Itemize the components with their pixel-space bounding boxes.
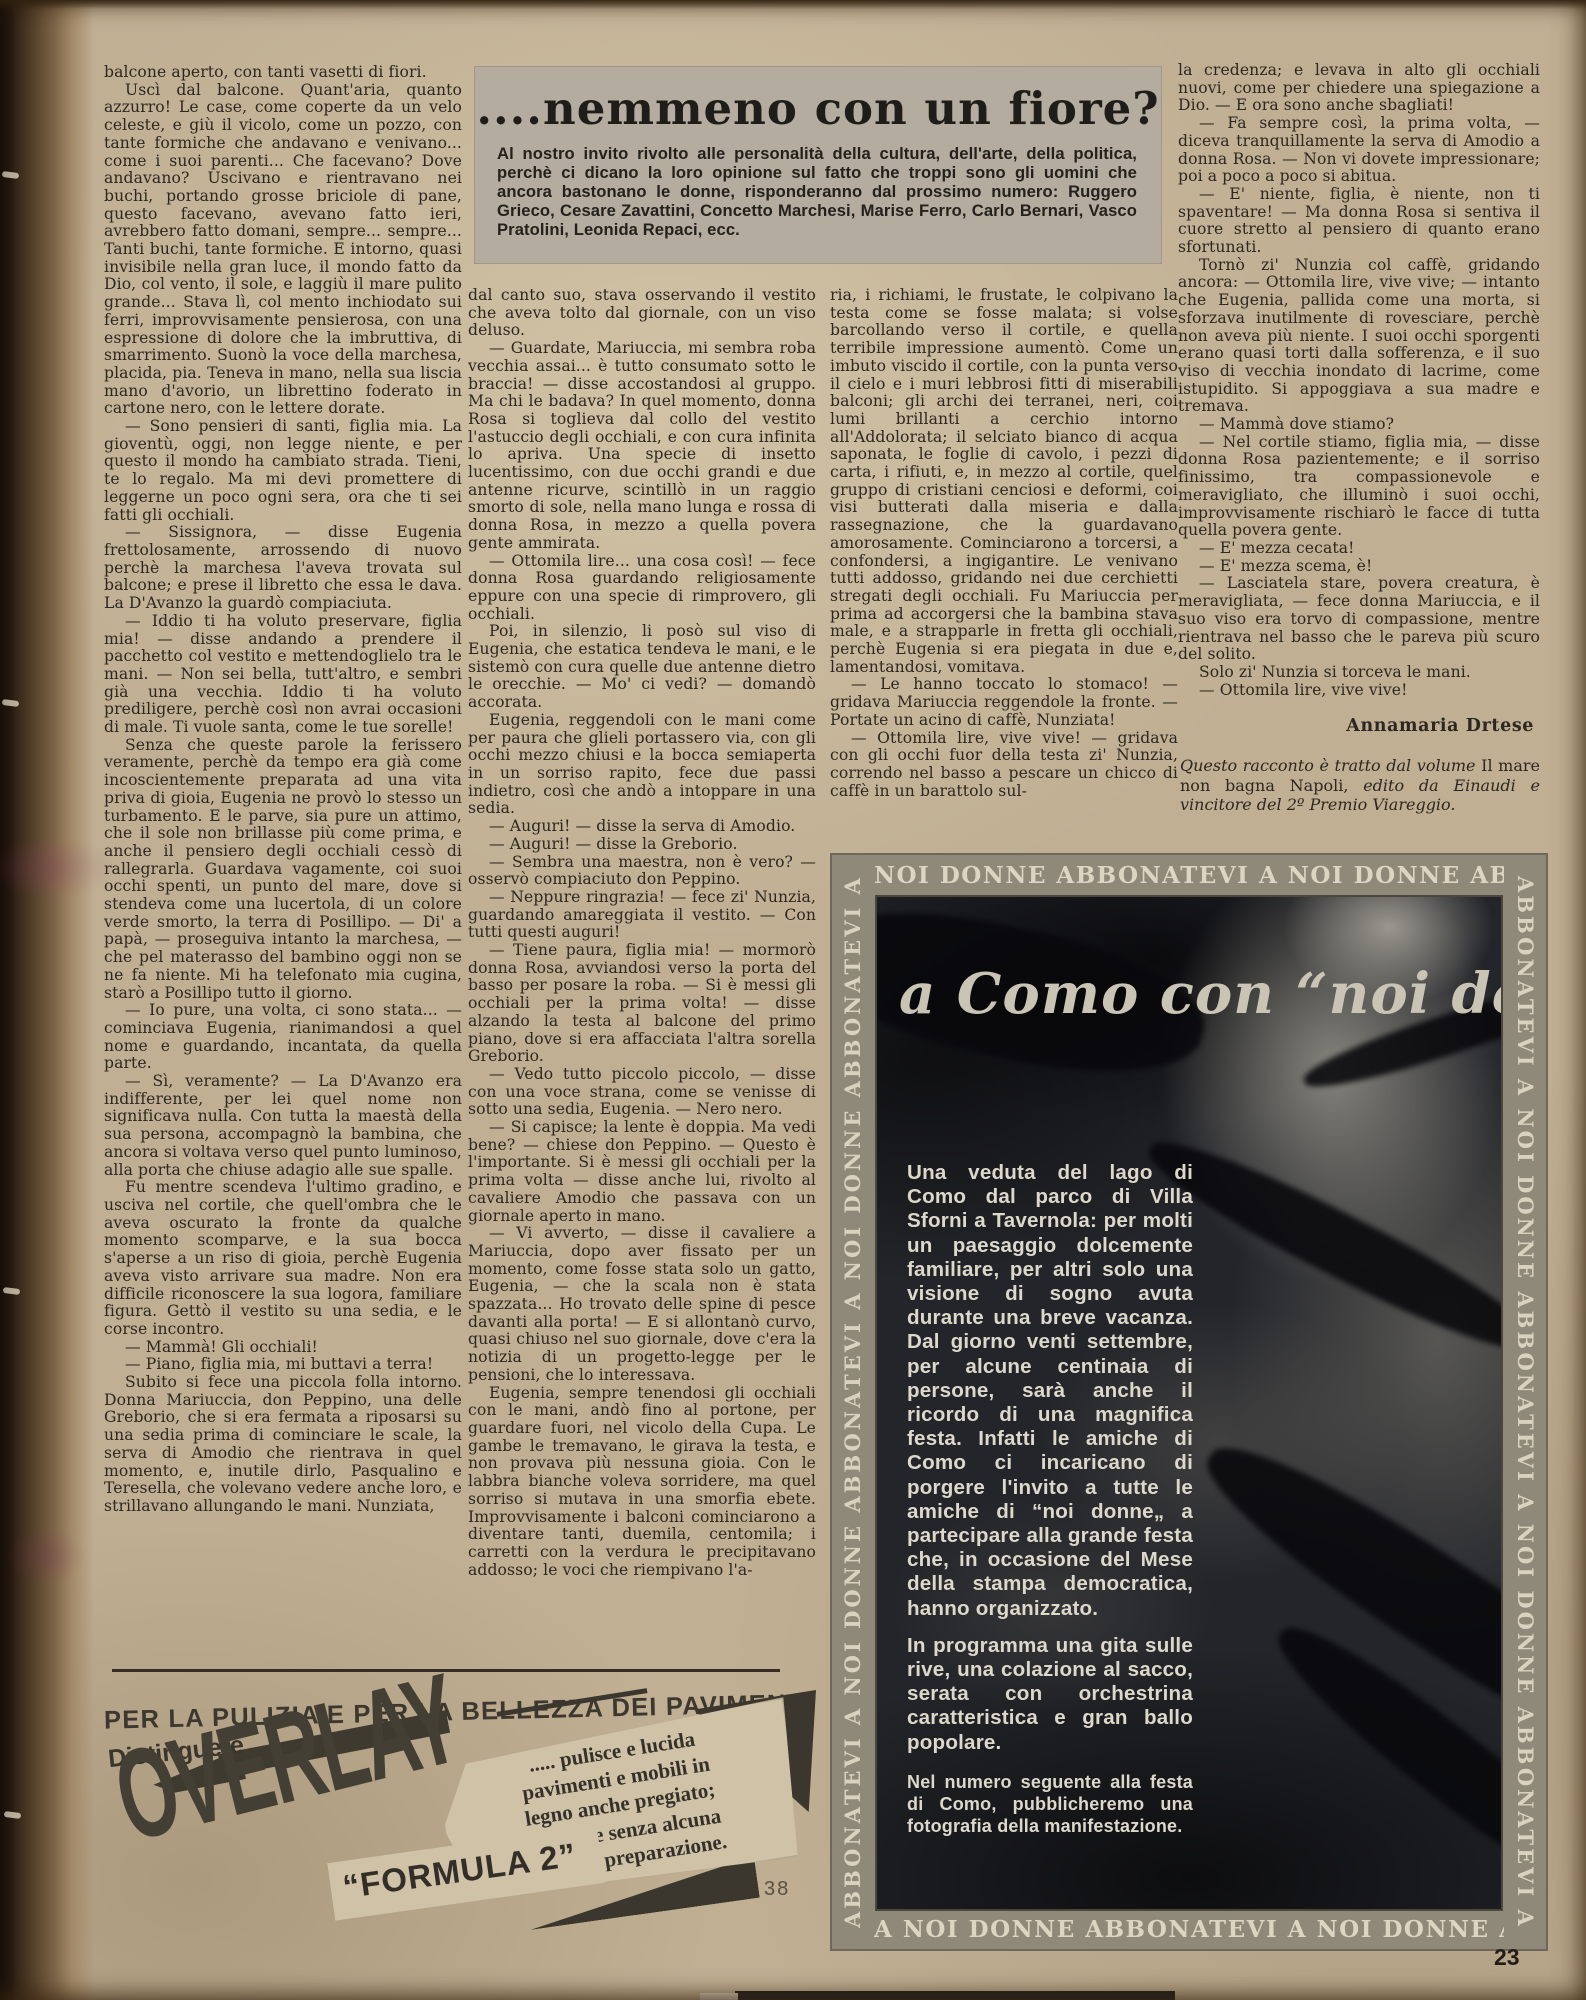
como-ad-footnote: Nel numero seguente alla festa di Como, …: [907, 1771, 1193, 1837]
binding-stitch: [3, 1287, 21, 1295]
story-column-2: dal canto suo, stava osservando il vesti…: [468, 287, 816, 1663]
lake-como-photo: a Como con “noi donne Una veduta del lag…: [875, 895, 1503, 1911]
story-paragraph: Poi, in silenzio, li posò sul viso di Eu…: [468, 623, 816, 712]
overlay-brand-logo: OVERLAY: [104, 1655, 469, 1862]
como-ad-paragraph: In programma una gita sulle rive, una co…: [907, 1634, 1193, 1755]
story-paragraph: Eugenia, sempre tenendosi gli occhiali c…: [468, 1385, 816, 1580]
book-note: Questo racconto è tratto dal volume Il m…: [1180, 756, 1540, 815]
story-paragraph: — E' mezza scema, è!: [1178, 558, 1540, 576]
binding-stitch: [4, 1811, 22, 1819]
story-paragraph: — Lasciatela stare, povera creatura, è m…: [1178, 575, 1540, 664]
ink-stain: [6, 1528, 86, 1584]
column-divider-rule: [112, 1669, 780, 1672]
story-paragraph: — Vedo tutto piccolo piccolo, — disse co…: [468, 1066, 816, 1119]
story-paragraph: Solo zi' Nunzia si torceva le mani.: [1178, 664, 1540, 682]
page-top-edge-shadow: [0, 0, 1586, 9]
story-paragraph: — Fa sempre così, la prima volta, — dice…: [1178, 115, 1540, 186]
abbonatevi-strip-right-text: ABBONATEVI A NOI DONNE ABBONATEVI A NOI …: [1504, 855, 1546, 1949]
story-paragraph: Eugenia, reggendoli con le mani come per…: [468, 712, 816, 818]
story-paragraph: — Sì, veramente? — La D'Avanzo era indif…: [104, 1073, 462, 1179]
story-column-4: la credenza; e levava in alto gli occhia…: [1178, 62, 1540, 714]
author-byline: Annamaria Drtese: [1178, 716, 1534, 736]
story-paragraph: Tornò zi' Nunzia col caffè, gridando anc…: [1178, 257, 1540, 416]
announcement-intro: Al nostro invito rivolto alle personalit…: [474, 135, 1162, 239]
story-paragraph: — Si capisce; la lente è doppia. Ma vedi…: [468, 1119, 816, 1225]
story-paragraph: — Tiene paura, figlia mia! — mormorò don…: [468, 942, 816, 1066]
next-page-peek: [700, 1993, 738, 2000]
story-paragraph: Senza che queste parole la ferissero ver…: [104, 737, 462, 1003]
abbonatevi-banner-top: NOI DONNE ABBONATEVI A NOI DONNE ABBONAT…: [874, 855, 1504, 895]
abbonatevi-banner-bottom: A NOI DONNE ABBONATEVI A NOI DONNE ABBON…: [874, 1911, 1504, 1949]
ad-corner-number: 38: [764, 1878, 790, 1901]
story-paragraph: — E' niente, figlia, è niente, non ti sp…: [1178, 186, 1540, 257]
story-paragraph: — Mammà! Gli occhiali!: [104, 1339, 462, 1357]
ink-stain: [0, 836, 116, 900]
book-binding-edge: [0, 0, 94, 2000]
abbonatevi-strip-right: ABBONATEVI A NOI DONNE ABBONATEVI A NOI …: [1504, 855, 1546, 1949]
story-paragraph: — Nel cortile stiamo, figlia mia, — diss…: [1178, 434, 1540, 540]
story-paragraph: — Neppure ringrazia! — fece zi' Nunzia, …: [468, 889, 816, 942]
story-paragraph: — Auguri! — disse la Greborio.: [468, 836, 816, 854]
announcement-box: ....nemmeno con un fiore? Al nostro invi…: [474, 66, 1162, 264]
story-paragraph: — E' mezza cecata!: [1178, 540, 1540, 558]
story-paragraph: — Le hanno toccato lo stomaco! — gridava…: [830, 676, 1178, 729]
story-paragraph: Subito si fece una piccola folla intorno…: [104, 1374, 462, 1516]
book-note-pre: Questo racconto è tratto dal volume: [1180, 756, 1481, 775]
binding-stitch: [2, 699, 20, 707]
story-paragraph: — Ottomila lire... una cosa così! — fece…: [468, 553, 816, 624]
page-number: 23: [1494, 1944, 1520, 1971]
story-paragraph: — Io pure, una volta, ci sono stata... —…: [104, 1002, 462, 1073]
story-paragraph: — Ottomila lire, vive vive! — gridava co…: [830, 730, 1178, 801]
story-paragraph: — Sembra una maestra, non è vero? — osse…: [468, 854, 816, 889]
abbonatevi-strip-left-text: ABBONATEVI A NOI DONNE ABBONATEVI A NOI …: [832, 855, 874, 1949]
story-column-1: balcone aperto, con tanti vasetti di fio…: [104, 64, 462, 1664]
story-paragraph: — Auguri! — disse la serva di Amodio.: [468, 818, 816, 836]
story-paragraph: Uscì dal balcone. Quant'aria, quanto azz…: [104, 82, 462, 418]
story-paragraph: — Guardate, Mariuccia, mi sembra roba ve…: [468, 340, 816, 552]
binding-stitch: [2, 171, 20, 179]
story-column-3: ria, i richiami, le frustate, le colpiva…: [830, 287, 1178, 843]
magazine-page: ....nemmeno con un fiore? Al nostro invi…: [0, 0, 1586, 2000]
story-paragraph: — Ottomila lire, vive vive!: [1178, 682, 1540, 700]
story-paragraph: — Sono pensieri di santi, figlia mia. La…: [104, 418, 462, 524]
story-paragraph: — Vi avverto, — disse il cavaliere a Mar…: [468, 1225, 816, 1384]
story-paragraph: — Mammà dove stiamo?: [1178, 416, 1540, 434]
abbonatevi-strip-left: ABBONATEVI A NOI DONNE ABBONATEVI A NOI …: [832, 855, 874, 1949]
story-paragraph: — Iddio ti ha voluto preservare, figlia …: [104, 613, 462, 737]
story-paragraph: Fu mentre scendeva l'ultimo gradino, e u…: [104, 1179, 462, 1338]
story-paragraph: — Sissignora, — disse Eugenia frettolosa…: [104, 524, 462, 613]
story-paragraph: la credenza; e levava in alto gli occhia…: [1178, 62, 1540, 115]
story-paragraph: ria, i richiami, le frustate, le colpiva…: [830, 287, 1178, 676]
como-ad-body: Una veduta del lago di Como dal parco di…: [907, 1161, 1193, 1837]
story-paragraph: — Piano, figlia mia, mi buttavi a terra!: [104, 1356, 462, 1374]
como-subscription-ad: ABBONATEVI A NOI DONNE ABBONATEVI A NOI …: [830, 853, 1548, 1951]
overlay-polish-ad: PER LA PULIZIA E PER LA BELLEZZA DEI PAV…: [96, 1686, 818, 1986]
story-paragraph: dal canto suo, stava osservando il vesti…: [468, 287, 816, 340]
como-ad-paragraph: Una veduta del lago di Como dal parco di…: [907, 1161, 1193, 1621]
story-paragraph: balcone aperto, con tanti vasetti di fio…: [104, 64, 462, 82]
next-page-peek: [735, 1991, 1175, 2000]
como-ad-headline: a Como con “noi donne: [899, 961, 1499, 1027]
announcement-title: ....nemmeno con un fiore?: [474, 82, 1162, 135]
